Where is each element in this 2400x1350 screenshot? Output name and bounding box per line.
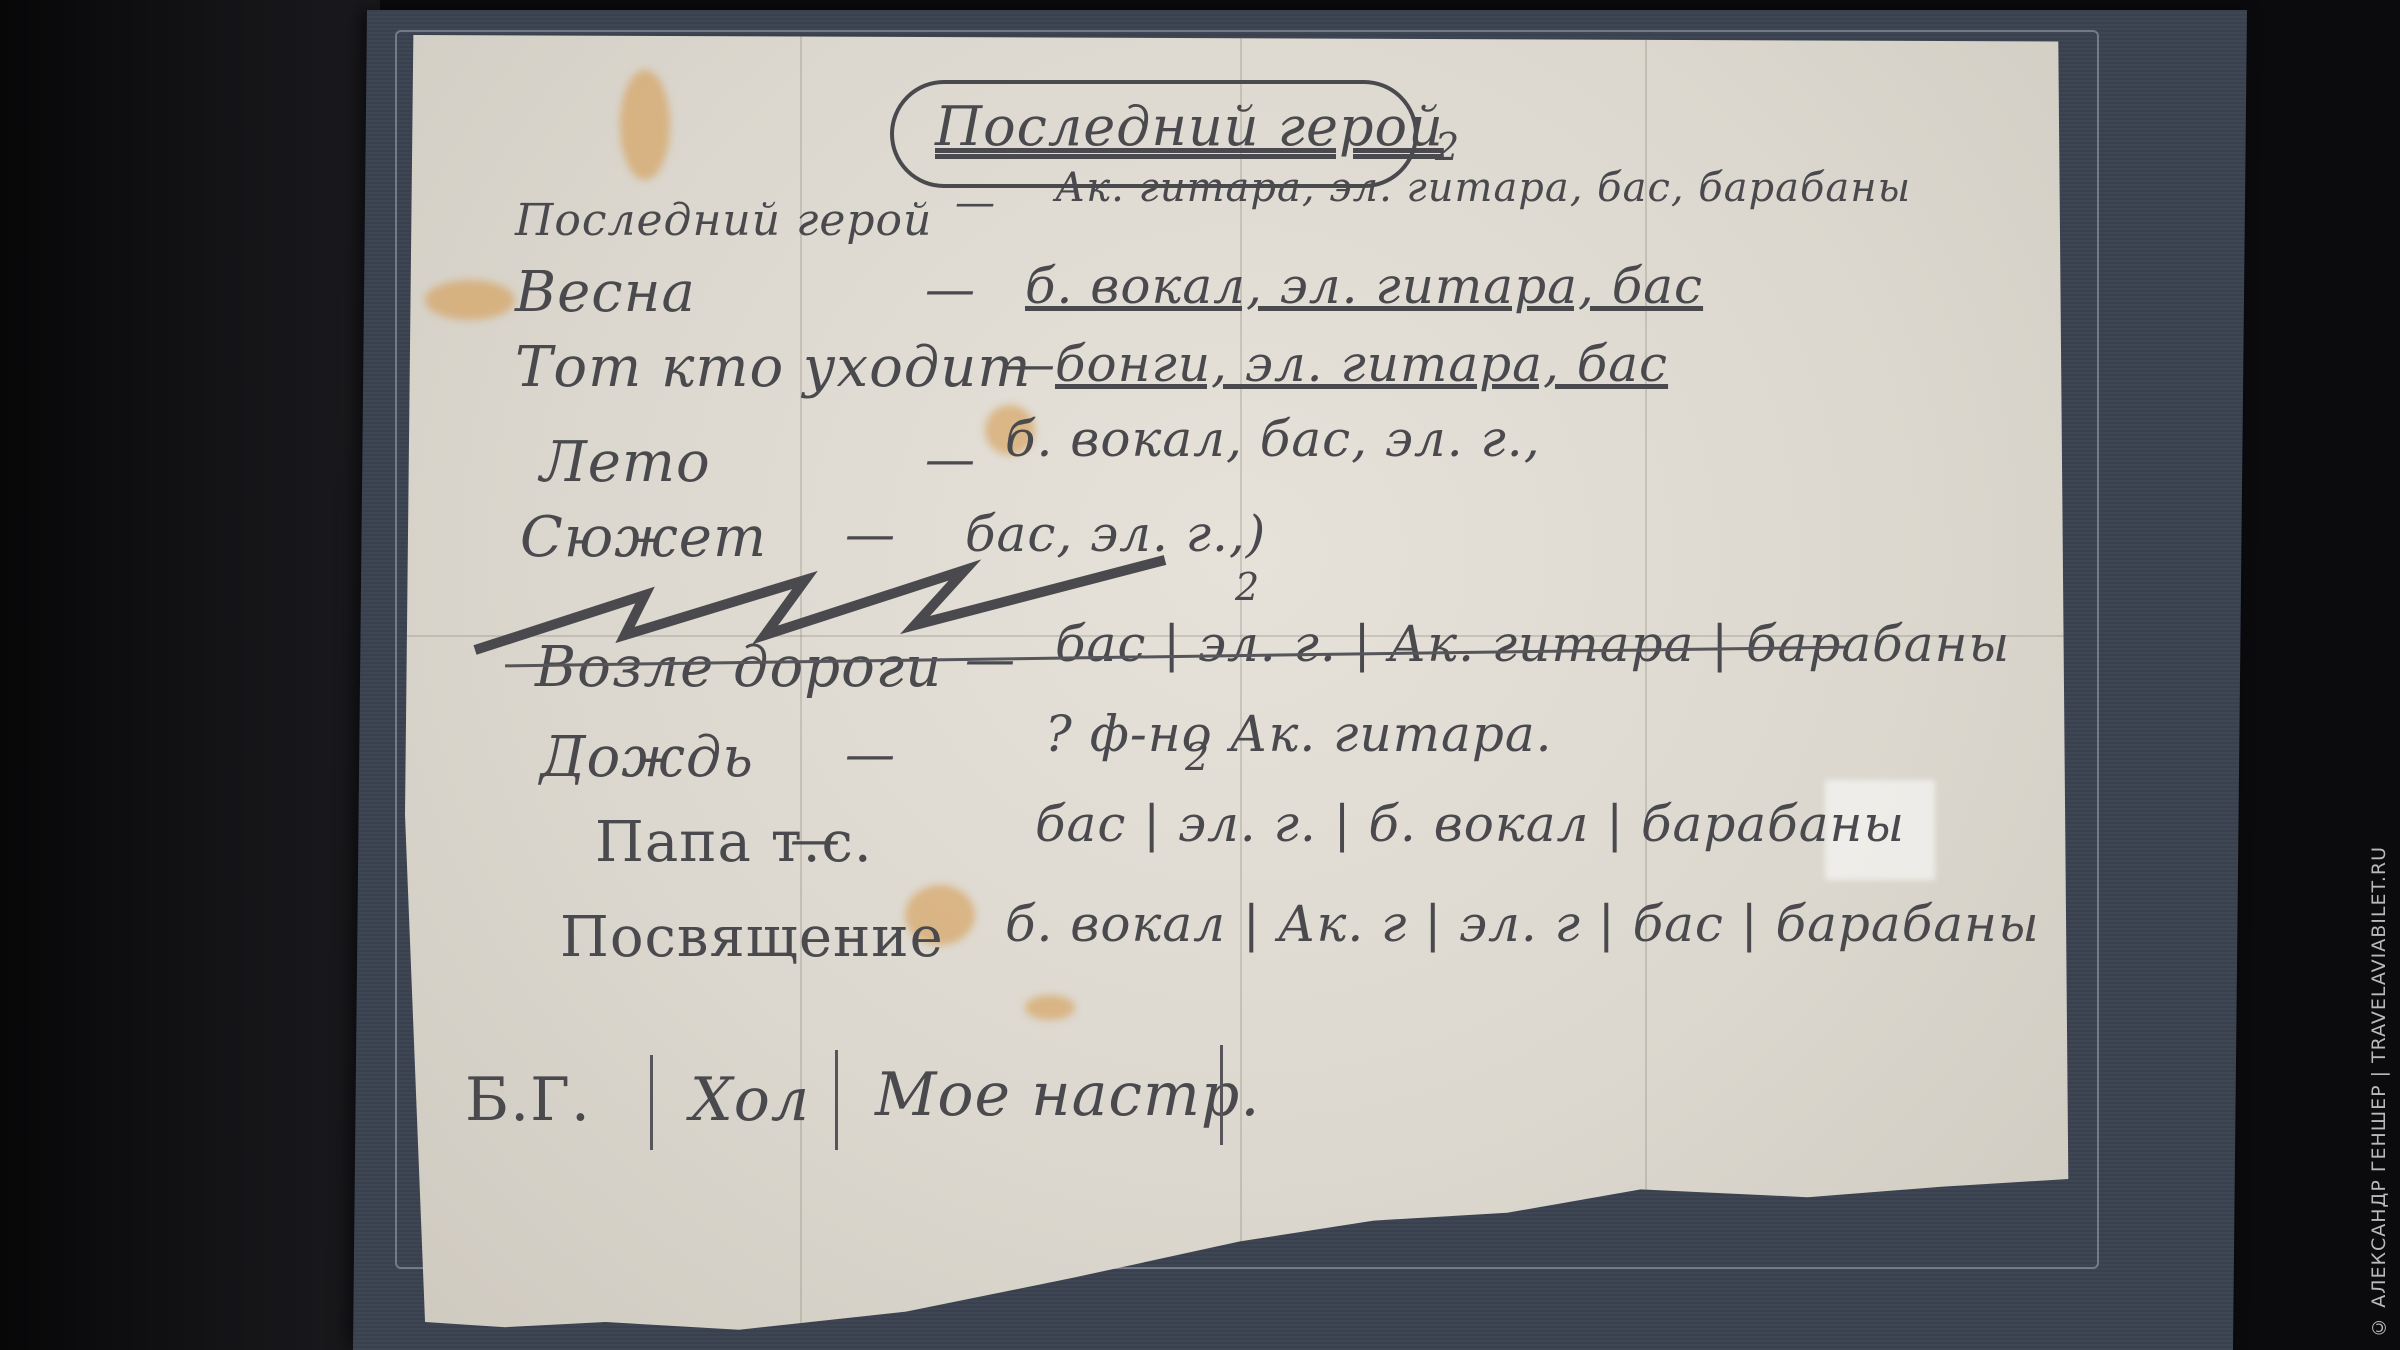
- superscript-mark: 2: [1185, 735, 1209, 779]
- song-separator: —: [925, 430, 976, 488]
- song-instruments: б. вокал, бас, эл. г.,: [1005, 410, 1541, 468]
- song-separator: —: [1005, 335, 1056, 393]
- footer-item-bg: Б.Г.: [465, 1065, 591, 1135]
- stain: [620, 70, 670, 180]
- song-instruments-struck: бас | эл. г. | Ак. гитара | барабаны: [1055, 615, 2010, 673]
- photo-watermark: © АЛЕКСАНДР ГЕНШЕР | TRAVELAVIABILET.RU: [2368, 846, 2390, 1338]
- song-instruments: бонги, эл. гитара, бас: [1055, 335, 1668, 393]
- song-name: Дождь: [540, 725, 754, 790]
- footer-item-hol: Хол: [690, 1065, 810, 1135]
- divider-bar: [650, 1055, 653, 1150]
- footer-item-mood: Мое настр.: [875, 1060, 1260, 1130]
- song-separator: —: [845, 725, 896, 783]
- song-instruments: б. вокал, эл. гитара, бас: [1025, 257, 1703, 315]
- superscript-mark: 2: [1235, 565, 1259, 609]
- song-instruments: ? ф-но Ак. гитара.: [1045, 705, 1553, 763]
- song-name: Последний герой: [515, 195, 932, 246]
- dark-background: [0, 0, 380, 1350]
- song-name: Посвящение: [560, 905, 944, 970]
- fold-line-vertical: [1645, 35, 1647, 1335]
- superscript-mark: 2: [1435, 125, 1459, 169]
- song-separator: —: [925, 260, 976, 318]
- fold-line-vertical: [1240, 35, 1242, 1335]
- divider-bar: [1220, 1045, 1223, 1145]
- stain: [1025, 995, 1075, 1020]
- handwritten-sheet: Последний герой Последний герой — 2 Ак. …: [405, 35, 2075, 1335]
- song-name: Тот кто уходит: [515, 335, 1031, 400]
- divider-bar: [835, 1050, 838, 1150]
- sheet-title: Последний герой: [935, 95, 1444, 158]
- song-instruments: Ак. гитара, эл. гитара, бас, барабаны: [1055, 165, 1911, 211]
- stain: [425, 280, 515, 320]
- song-instruments: б. вокал | Ак. г | эл. г | бас | барабан…: [1005, 895, 2040, 953]
- song-separator: —: [955, 180, 996, 226]
- song-separator: —: [790, 810, 841, 868]
- song-name: Возле дороги: [535, 635, 942, 700]
- song-instruments: бас | эл. г. | б. вокал | барабаны: [1035, 795, 1905, 853]
- song-name: Лето: [540, 430, 711, 495]
- song-name: Весна: [515, 260, 696, 325]
